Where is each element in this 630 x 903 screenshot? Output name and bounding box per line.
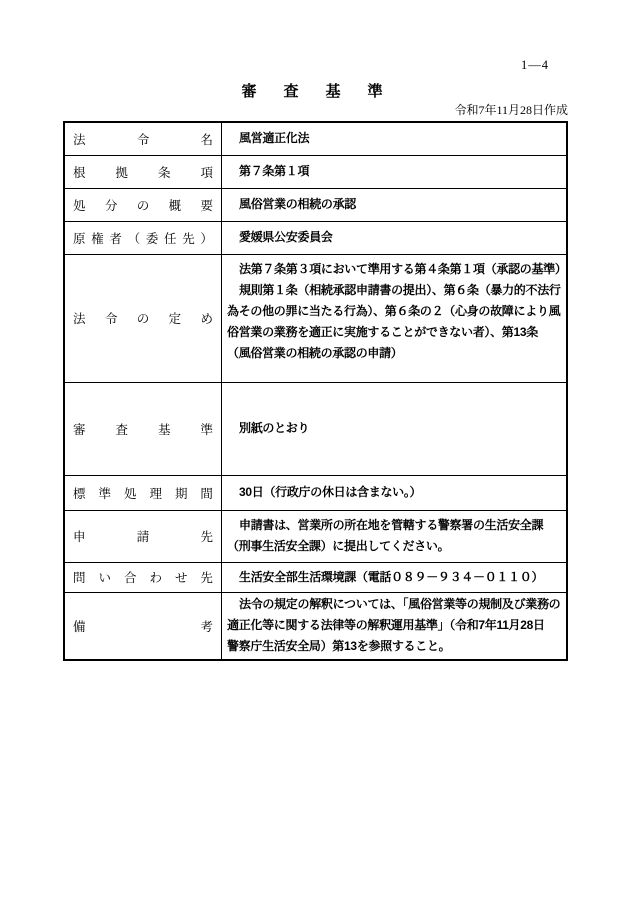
row-value: 別紙のとおり xyxy=(222,382,568,475)
row-value-text: 風俗営業の相続の承認 xyxy=(227,194,561,215)
row-standard-processing-period: 標準処理期間 30日（行政庁の休日は含まない。） xyxy=(64,475,567,510)
row-value: 生活安全部生活環境課（電話０８９－９３４－０１１０） xyxy=(222,562,568,592)
row-label: 法令名 xyxy=(64,122,222,155)
row-value-text: 風営適正化法 xyxy=(227,128,561,149)
row-value-paragraph: 規則第１条（相続承認申請書の提出）、第６条（暴力的不法行為その他の罪に当たる行為… xyxy=(227,280,561,364)
row-label: 標準処理期間 xyxy=(64,475,222,510)
row-value-text: 法令の規定の解釈については、「風俗営業等の規制及び業務の適正化等に関する法律等の… xyxy=(227,594,561,657)
row-label-text: 申請先 xyxy=(73,527,213,545)
row-value-text: 30日（行政庁の休日は含まない。） xyxy=(227,482,561,503)
row-label-text: 備考 xyxy=(73,617,213,635)
row-legal-provisions: 法令の定め 法第７条第３項において準用する第４条第１項（承認の基準） 規則第１条… xyxy=(64,254,567,382)
row-legal-basis: 根拠条項 第７条第１項 xyxy=(64,155,567,188)
criteria-table: 法令名 風営適正化法 根拠条項 第７条第１項 処分の概要 風俗営業の相続の承認 … xyxy=(63,121,568,661)
row-label: 問い合わせ先 xyxy=(64,562,222,592)
row-label-text: 法令名 xyxy=(73,130,213,148)
creation-date: 令和7年11月28日作成 xyxy=(63,101,568,118)
row-label: 審査基準 xyxy=(64,382,222,475)
row-disposition-summary: 処分の概要 風俗営業の相続の承認 xyxy=(64,188,567,221)
row-value-paragraph: 法第７条第３項において準用する第４条第１項（承認の基準） xyxy=(227,259,561,280)
row-value: 申請書は、営業所の所在地を管轄する警察署の生活安全課（刑事生活安全課）に提出して… xyxy=(222,510,568,562)
row-label-text: 根拠条項 xyxy=(73,163,213,181)
page-number: 1—4 xyxy=(521,58,549,73)
row-value: 第７条第１項 xyxy=(222,155,568,188)
row-value: 愛媛県公安委員会 xyxy=(222,221,568,254)
row-value-text: 別紙のとおり xyxy=(227,418,561,439)
row-value: 風営適正化法 xyxy=(222,122,568,155)
row-label-text: 問い合わせ先 xyxy=(73,568,213,586)
row-value: 30日（行政庁の休日は含まない。） xyxy=(222,475,568,510)
row-value: 法令の規定の解釈については、「風俗営業等の規制及び業務の適正化等に関する法律等の… xyxy=(222,592,568,660)
row-application-destination: 申請先 申請書は、営業所の所在地を管轄する警察署の生活安全課（刑事生活安全課）に… xyxy=(64,510,567,562)
row-label-text: 標準処理期間 xyxy=(73,484,213,502)
row-contact: 問い合わせ先 生活安全部生活環境課（電話０８９－９３４－０１１０） xyxy=(64,562,567,592)
row-value-text: 申請書は、営業所の所在地を管轄する警察署の生活安全課（刑事生活安全課）に提出して… xyxy=(227,515,561,557)
row-label: 法令の定め xyxy=(64,254,222,382)
row-label-text: 処分の概要 xyxy=(73,196,213,214)
row-label: 処分の概要 xyxy=(64,188,222,221)
row-authority: 原権者（委任先） 愛媛県公安委員会 xyxy=(64,221,567,254)
row-examination-standards: 審査基準 別紙のとおり xyxy=(64,382,567,475)
document-page: { "page": { "number": "1—4", "title": "審… xyxy=(0,0,630,903)
row-label: 根拠条項 xyxy=(64,155,222,188)
row-value: 法第７条第３項において準用する第４条第１項（承認の基準） 規則第１条（相続承認申… xyxy=(222,254,568,382)
row-label: 原権者（委任先） xyxy=(64,221,222,254)
row-value-text: 第７条第１項 xyxy=(227,161,561,182)
row-law-name: 法令名 風営適正化法 xyxy=(64,122,567,155)
row-label-text: 法令の定め xyxy=(73,309,213,327)
row-remarks: 備考 法令の規定の解釈については、「風俗営業等の規制及び業務の適正化等に関する法… xyxy=(64,592,567,660)
row-value-text: 愛媛県公安委員会 xyxy=(227,227,561,248)
row-label: 申請先 xyxy=(64,510,222,562)
row-label: 備考 xyxy=(64,592,222,660)
row-label-text: 原権者（委任先） xyxy=(73,229,213,247)
row-value: 風俗営業の相続の承認 xyxy=(222,188,568,221)
row-value-text: 生活安全部生活環境課（電話０８９－９３４－０１１０） xyxy=(227,567,561,588)
row-label-text: 審査基準 xyxy=(73,420,213,438)
document-title: 審 査 基 準 xyxy=(0,80,630,101)
